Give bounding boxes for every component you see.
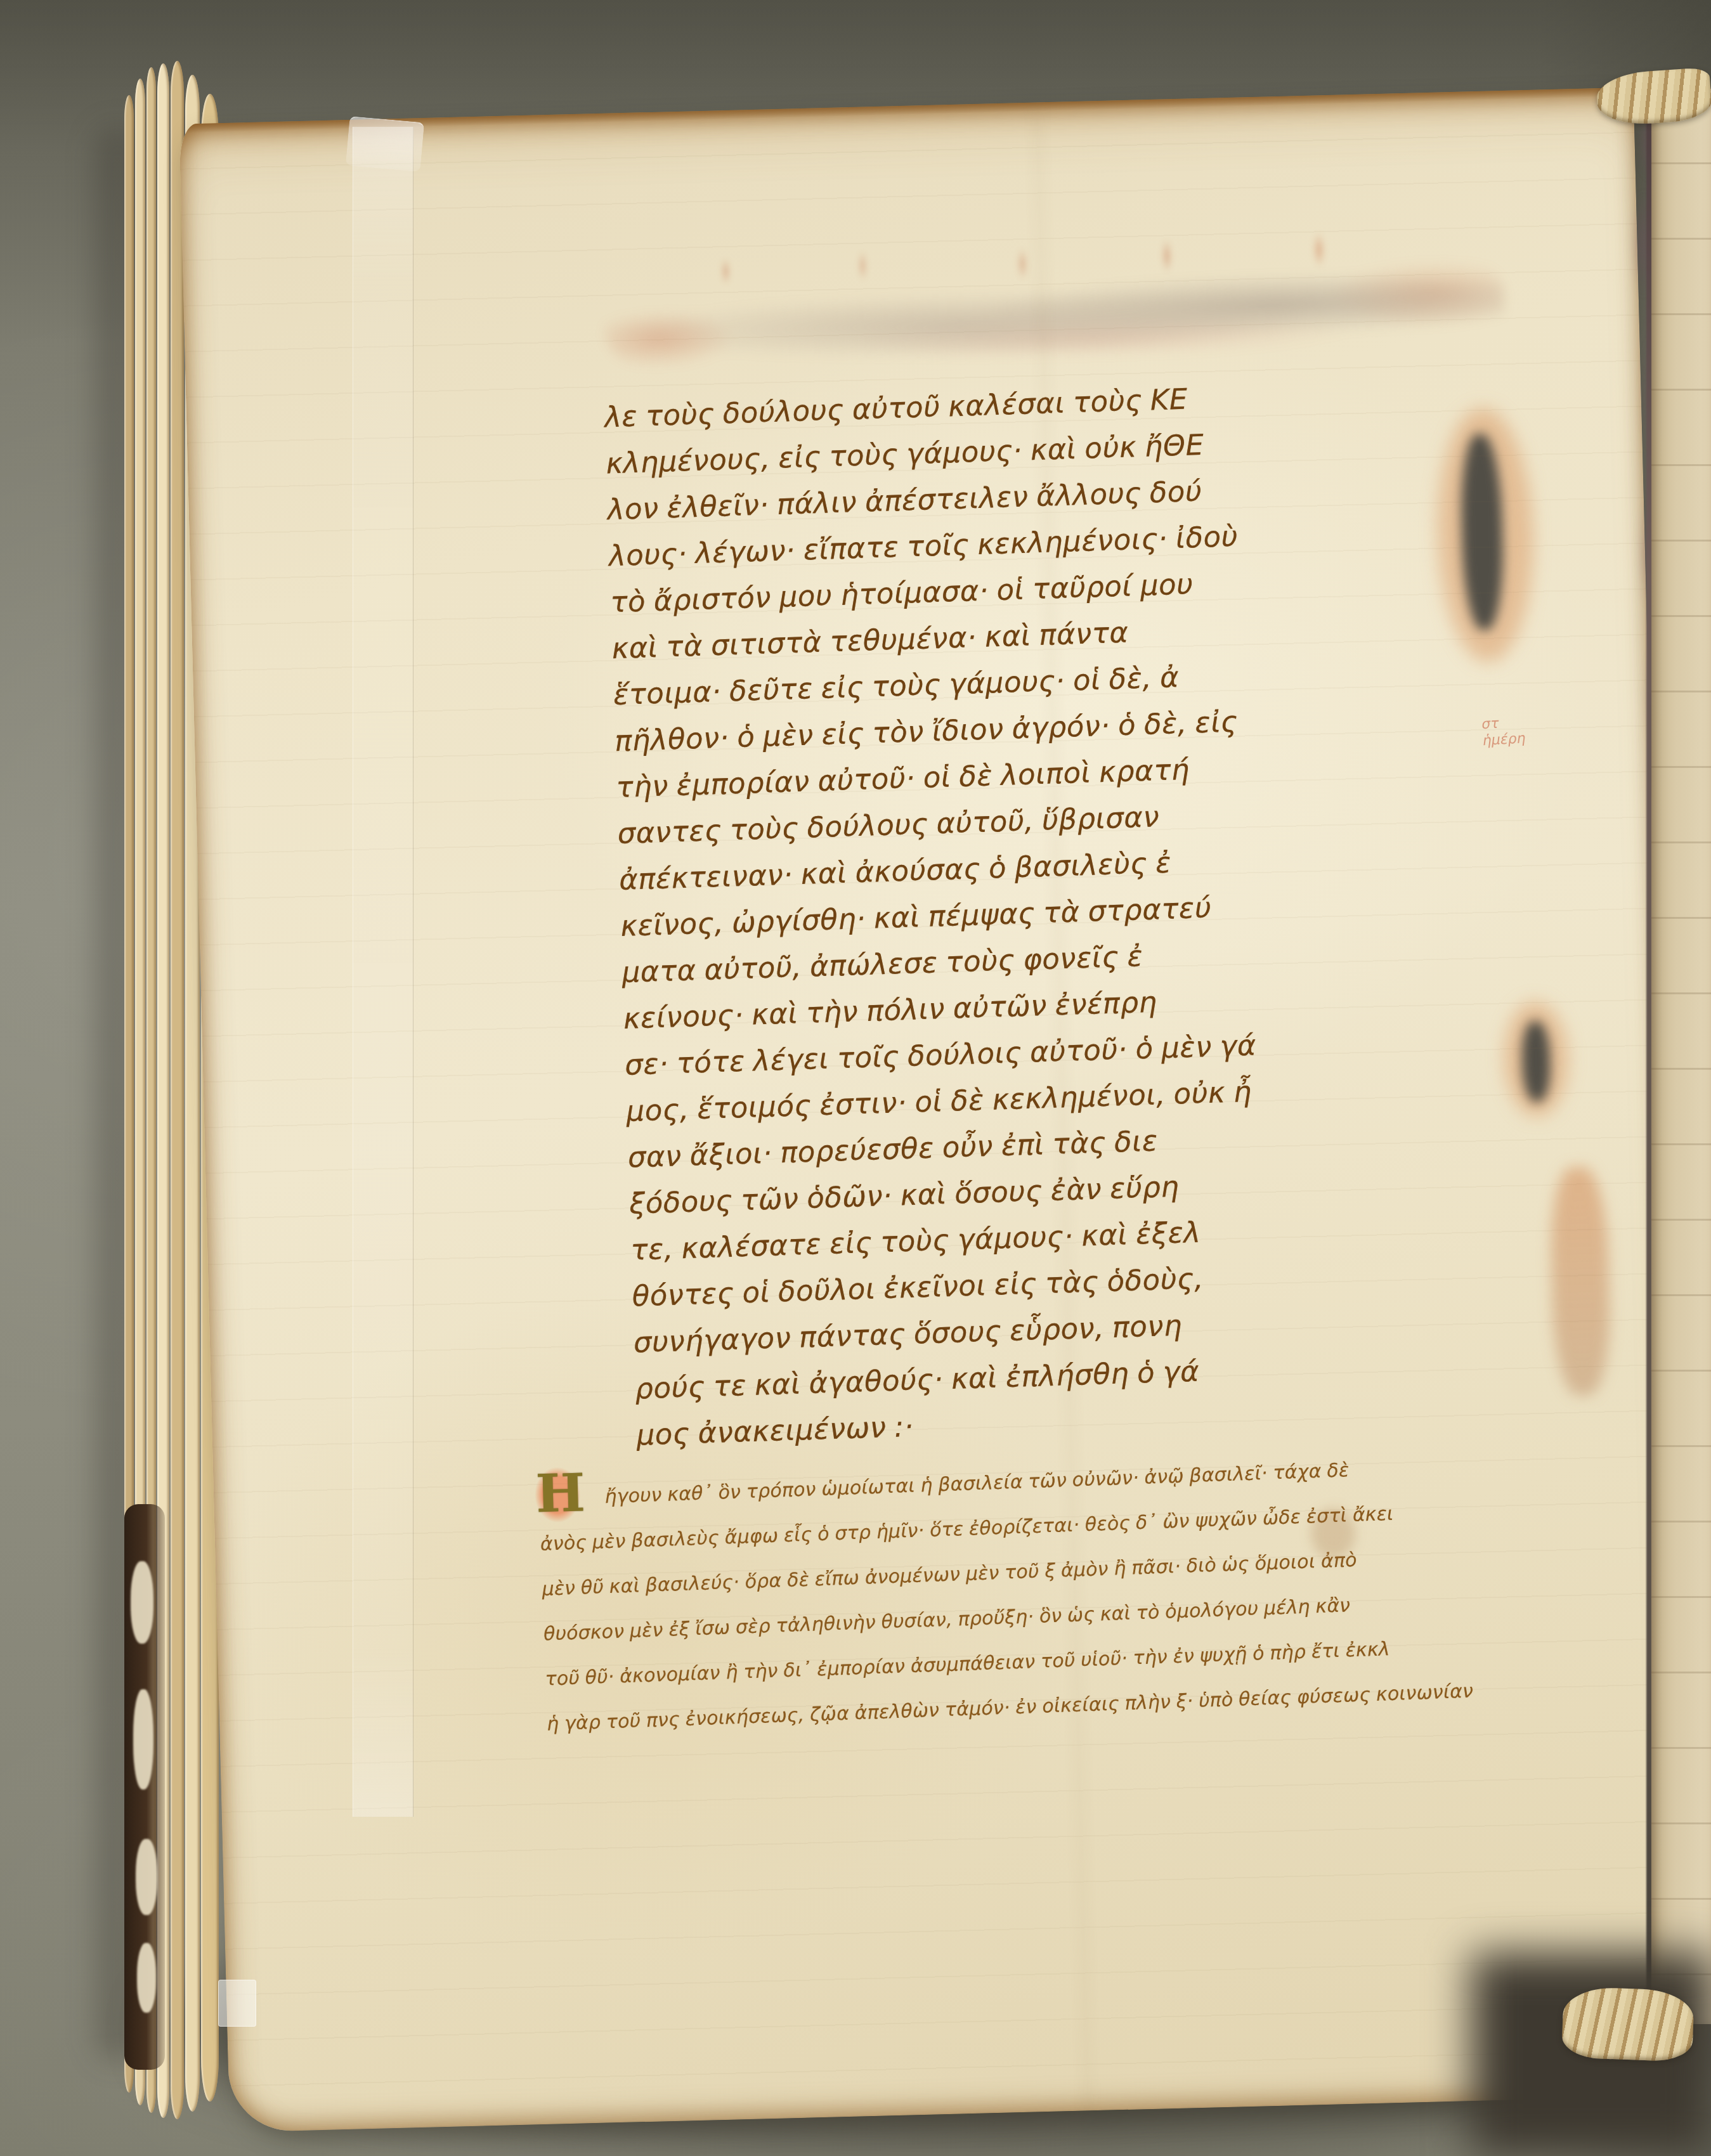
- ink-stain-halo: [1435, 407, 1536, 663]
- text-line: σε· τότε λέγει τοῖς δούλοις αὐτοῦ· ὁ μὲν…: [624, 1012, 1564, 1088]
- text-line: θόντες οἱ δοῦλοι ἐκεῖνοι εἰς τὰς ὁδοὺς,: [632, 1244, 1571, 1319]
- tailband: [1561, 1986, 1695, 2062]
- text-line: καὶ τὰ σιτιστὰ τεθυμένα· καὶ πάντα: [611, 596, 1551, 672]
- cover-wear-patch: [136, 1839, 157, 1915]
- text-line: ρούς τε καὶ ἀγαθούς· καὶ ἐπλήσθη ὁ γά: [634, 1336, 1574, 1412]
- film-strip-fold: [346, 116, 424, 172]
- text-line: σαντες τοὺς δούλους αὐτοῦ, ὕβρισαν: [617, 781, 1557, 857]
- initial-ground: [528, 1458, 588, 1531]
- text-line: λε τοὺς δούλους αὐτοῦ καλέσαι τοὺς ΚΕ: [604, 365, 1544, 440]
- commentary-line: ἀνὸς μὲν βασιλεὺς ἄμφω εἷς ὁ στρ ἡμῖν· ὅ…: [540, 1483, 1618, 1567]
- manuscript-photo: λε τοὺς δούλους αὐτοῦ καλέσαι τοὺς ΚΕ κλ…: [0, 0, 1711, 2156]
- cover-wear-patch: [133, 1689, 153, 1789]
- film-strip-tab: [218, 1980, 256, 2027]
- text-line: τὴν ἐμπορίαν αὐτοῦ· οἱ δὲ λοιποὶ κρατή: [615, 735, 1555, 810]
- ink-stain: [1521, 1021, 1551, 1103]
- film-strip: [353, 127, 413, 1817]
- text-line: τε, καλέσατε εἰς τοὺς γάμους· καὶ ἐξελ: [630, 1197, 1570, 1273]
- faded-rubric-ascenders: [664, 227, 1426, 290]
- text-line: λον ἐλθεῖν· πάλιν ἀπέστειλεν ἄλλους δού: [607, 457, 1547, 533]
- text-line: ἕτοιμα· δεῦτε εἰς τοὺς γάμους· οἱ δὲ, ἀ: [613, 642, 1552, 718]
- text-line: μος ἀνακειμένων :·: [636, 1382, 1576, 1458]
- cover-wear-patch: [131, 1561, 153, 1644]
- text-line: κείνους· καὶ τὴν πόλιν αὐτῶν ἐνέπρη: [623, 966, 1563, 1041]
- commentary-line: τοῦ θῦ· ἀκονομίαν ἢ τὴν δι᾽ ἐμπορίαν ἀσυ…: [544, 1618, 1623, 1702]
- text-line: σαν ἄξιοι· πορεύεσθε οὖν ἐπὶ τὰς διε: [627, 1105, 1567, 1180]
- text-line: τὸ ἄριστόν μου ἡτοίμασα· οἱ ταῦροί μου: [609, 550, 1549, 625]
- text-line: ξόδους τῶν ὁδῶν· καὶ ὅσους ἐὰν εὕρη: [628, 1151, 1568, 1226]
- commentary-line: μὲν θῦ καὶ βασιλεύς· ὅρα δὲ εἴπω ἀνομένω…: [541, 1528, 1620, 1612]
- text-line: συνήγαγον πάντας ὅσους εὗρον, πονη: [633, 1290, 1573, 1365]
- cover-wear-patch: [137, 1943, 156, 2013]
- faded-rubric-band: [603, 257, 1506, 367]
- text-line: κεῖνος, ὠργίσθη· καὶ πέμψας τὰ στρατεύ: [620, 874, 1559, 949]
- red-marginal-gloss: στ ἡμέρη: [1481, 714, 1526, 750]
- gospel-text-block: λε τοὺς δούλους αὐτοῦ καλέσαι τοὺς ΚΕ κλ…: [604, 365, 1575, 1458]
- ink-stain: [1459, 433, 1505, 631]
- orange-blot: [1549, 1166, 1612, 1396]
- text-line: λους· λέγων· εἴπατε τοῖς κεκλημένοις· ἰδ…: [608, 503, 1548, 579]
- commentary-line: θυόσκον μὲν ἐξ ἴσω σὲρ τἀληθινὴν θυσίαν,…: [543, 1573, 1622, 1657]
- page-edge-strip: [171, 61, 184, 2119]
- text-line: κλημένους, εἰς τοὺς γάμους· καὶ οὐκ ἤΘΕ: [605, 411, 1545, 486]
- faint-smudge: [1310, 1508, 1356, 1560]
- commentary-line: ἡ γὰρ τοῦ πνς ἐνοικήσεως, ζῷα ἀπελθὼν τἀ…: [546, 1663, 1625, 1747]
- text-line: πῆλθον· ὁ μὲν εἰς τὸν ἴδιον ἀγρόν· ὁ δὲ,…: [614, 689, 1554, 764]
- commentary-line: ἤγουν καθ᾽ ὃν τρόπον ὡμοίωται ἡ βασιλεία…: [538, 1438, 1617, 1522]
- text-line: μος, ἕτοιμός ἐστιν· οἱ δὲ κεκλημένοι, οὐ…: [625, 1058, 1565, 1134]
- decorated-initial-eta: Η: [535, 1461, 583, 1526]
- text-line: ματα αὐτοῦ, ἀπώλεσε τοὺς φονεῖς ἐ: [621, 920, 1561, 996]
- text-line: ἀπέκτειναν· καὶ ἀκούσας ὁ βασιλεὺς ἐ: [618, 828, 1558, 903]
- commentary-block: ἤγουν καθ᾽ ὃν τρόπον ὡμοίωται ἡ βασιλεία…: [538, 1438, 1625, 1747]
- ink-stain-halo: [1503, 1001, 1570, 1117]
- facing-leaf-sliver: [1651, 89, 1711, 2024]
